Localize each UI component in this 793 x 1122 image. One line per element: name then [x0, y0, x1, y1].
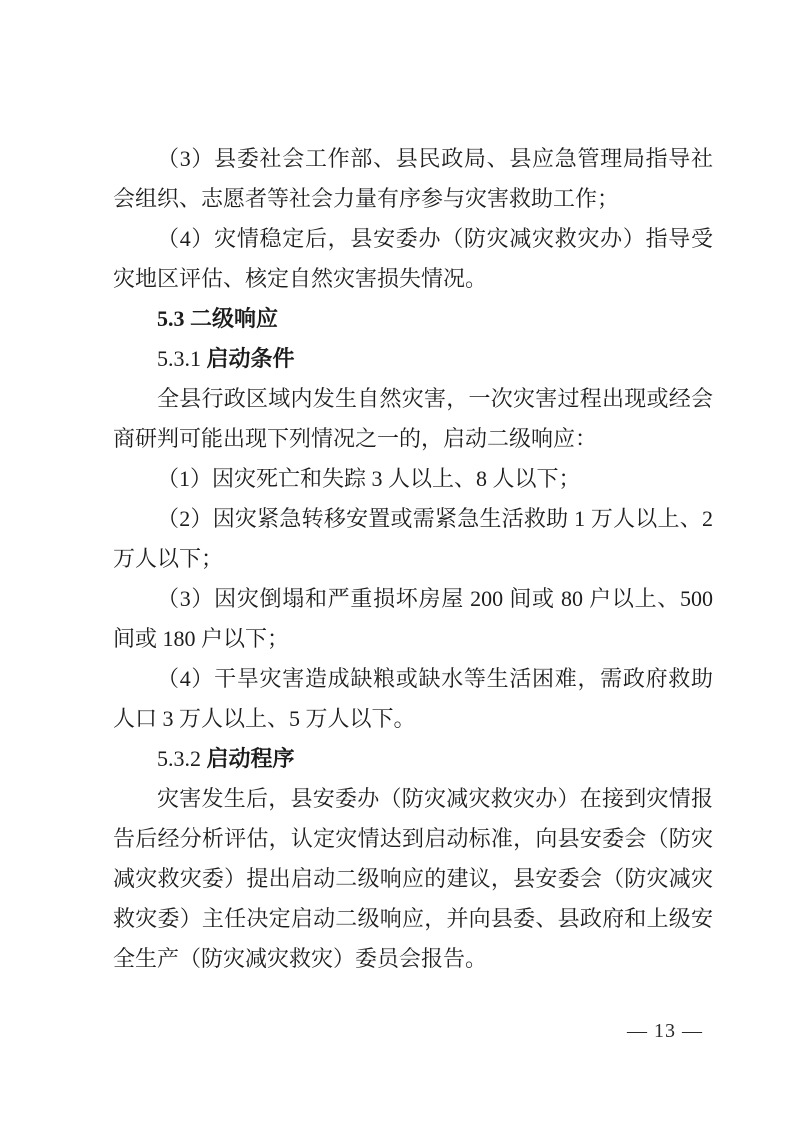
- paragraph: 灾害发生后，县安委办（防灾减灾救灾办）在接到灾情报告后经分析评估，认定灾情达到启…: [113, 779, 713, 979]
- paragraph: （1）因灾死亡和失踪 3 人以上、8 人以下；: [113, 459, 713, 499]
- paragraph: （2）因灾紧急转移安置或需紧急生活救助 1 万人以上、2 万人以下；: [113, 499, 713, 579]
- paragraph: （4）灾情稳定后，县安委办（防灾减灾救灾办）指导受灾地区评估、核定自然灾害损失情…: [113, 219, 713, 299]
- page-number: — 13 —: [627, 1020, 703, 1043]
- paragraph: （3）县委社会工作部、县民政局、县应急管理局指导社会组织、志愿者等社会力量有序参…: [113, 139, 713, 219]
- section-heading: 5.3 二级响应: [113, 299, 713, 339]
- document-body: （3）县委社会工作部、县民政局、县应急管理局指导社会组织、志愿者等社会力量有序参…: [113, 139, 713, 979]
- paragraph: （4）干旱灾害造成缺粮或缺水等生活困难，需政府救助人口 3 万人以上、5 万人以…: [113, 659, 713, 739]
- document-page: （3）县委社会工作部、县民政局、县应急管理局指导社会组织、志愿者等社会力量有序参…: [0, 0, 793, 1122]
- subsection-heading: 5.3.1 启动条件: [113, 339, 713, 379]
- subsection-title: 启动条件: [207, 346, 295, 371]
- subsection-number: 5.3.2: [157, 746, 207, 771]
- subsection-title: 启动程序: [207, 746, 295, 771]
- subsection-heading: 5.3.2 启动程序: [113, 739, 713, 779]
- paragraph: 全县行政区域内发生自然灾害，一次灾害过程出现或经会商研判可能出现下列情况之一的，…: [113, 379, 713, 459]
- subsection-number: 5.3.1: [157, 346, 207, 371]
- paragraph: （3）因灾倒塌和严重损坏房屋 200 间或 80 户以上、500 间或 180 …: [113, 579, 713, 659]
